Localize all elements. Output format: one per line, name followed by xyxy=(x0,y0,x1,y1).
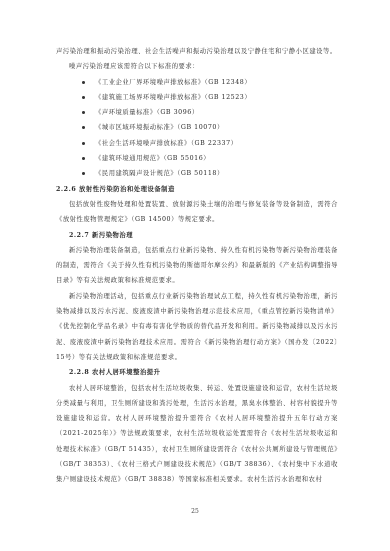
bullet-icon xyxy=(82,81,85,84)
bullet-icon xyxy=(82,111,85,114)
standards-list: 《工业企业厂界环境噪声排放标准》（GB 12348） 《建筑施工场界环境噪声排放… xyxy=(56,75,338,182)
list-item: 《声环境质量标准》（GB 3096） xyxy=(56,105,338,120)
list-item-text: 《建筑施工场界环境噪声排放标准》（GB 12523） xyxy=(95,94,251,101)
section-heading-2-2-6: 2.2.6 放射性污染防治和处理设备制造 xyxy=(56,182,338,197)
list-item: 《城市区域环境振动标准》（GB 10070） xyxy=(56,120,338,135)
list-item: 《建筑施工场界环境噪声排放标准》（GB 12523） xyxy=(56,90,338,105)
list-item: 《建筑环境通用规范》（GB 55016） xyxy=(56,151,338,166)
list-item: 《民用建筑隔声设计规范》（GB 50118） xyxy=(56,166,338,181)
page-body: 声污染治理和振动污染治理、社会生活噪声和振动污染治理以及宁静住宅和宁静小区建设等… xyxy=(56,44,338,488)
bullet-icon xyxy=(82,172,85,175)
page-number: 25 xyxy=(0,508,390,515)
list-item-text: 《民用建筑隔声设计规范》（GB 50118） xyxy=(95,170,224,177)
paragraph-new-pollutants-equipment: 新污染物治理装备制造，包括重点行业新污染物、持久性有机污染物等新污染物治理装备的… xyxy=(56,243,338,289)
bullet-icon xyxy=(82,96,85,99)
section-heading-2-2-8: 2.2.8 农村人居环境整治提升 xyxy=(56,365,338,380)
bullet-icon xyxy=(82,126,85,129)
list-item-text: 《建筑环境通用规范》（GB 55016） xyxy=(95,155,210,162)
list-item-text: 《工业企业厂界环境噪声排放标准》（GB 12348） xyxy=(95,79,251,86)
document-page: 声污染治理和振动污染治理、社会生活噪声和振动污染治理以及宁静住宅和宁静小区建设等… xyxy=(0,0,390,551)
list-item-text: 《社会生活环境噪声排放标准》（GB 22337） xyxy=(95,140,238,147)
list-item: 《社会生活环境噪声排放标准》（GB 22337） xyxy=(56,136,338,151)
paragraph-continuation: 声污染治理和振动污染治理、社会生活噪声和振动污染治理以及宁静住宅和宁静小区建设等… xyxy=(56,44,338,59)
list-item-text: 《城市区域环境振动标准》（GB 10070） xyxy=(95,124,224,131)
paragraph-new-pollutants-activities: 新污染物治理活动，包括重点行业新污染物治理试点工程，持久性有机污染物治理，新污染… xyxy=(56,289,338,365)
list-item: 《工业企业厂界环境噪声排放标准》（GB 12348） xyxy=(56,75,338,90)
list-item-text: 《声环境质量标准》（GB 3096） xyxy=(95,109,199,116)
paragraph-noise-standards-intro: 噪声污染治理应该需符合以下标准的要求： xyxy=(56,59,338,74)
bullet-icon xyxy=(82,142,85,145)
bullet-icon xyxy=(82,157,85,160)
section-heading-2-2-7: 2.2.7 新污染物治理 xyxy=(56,228,338,243)
paragraph-rural-environment: 农村人居环境整治，包括农村生活垃圾收集、转运、处置设施建设和运营，农村生活垃圾分… xyxy=(56,381,338,488)
paragraph-radioactive: 包括放射性废物处理和处置装置、放射源污染土壤的治理与修复装备等设备制造，需符合《… xyxy=(56,197,338,228)
